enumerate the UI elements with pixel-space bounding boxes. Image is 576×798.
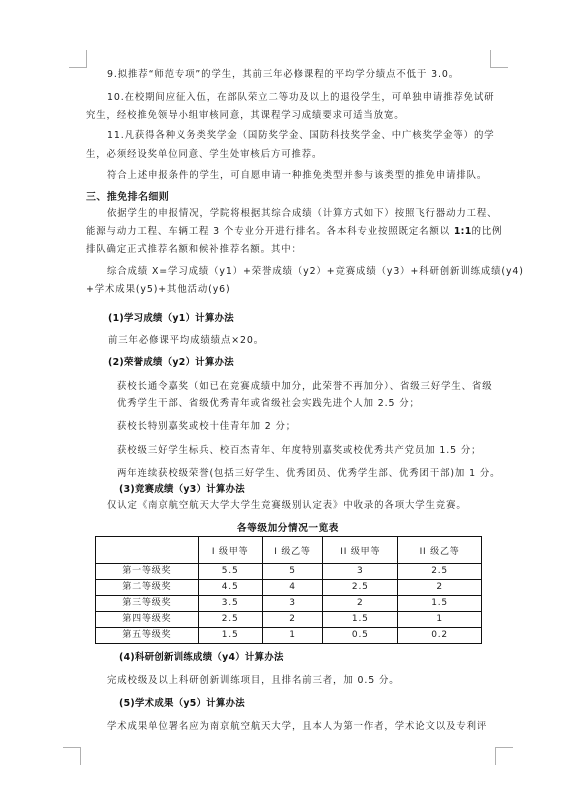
table-cell: 2 (398, 580, 482, 596)
table-cell: 0.5 (323, 628, 398, 644)
paragraph-eligible-note: 符合上述申报条件的学生，可自愿申请一种推免类型并参与该类型的推免申请排队。 (107, 170, 487, 182)
page-corner-mark-bottom-right (495, 747, 513, 765)
formula-line2: +学术成果(y5)+其他活动(y6) (86, 284, 231, 296)
table-cell: 5 (262, 564, 323, 580)
table-cell: 1.5 (398, 596, 482, 612)
y5-heading: (5)学术成果（y5）计算办法 (119, 698, 245, 710)
section-intro-line1: 依据学生的申报情况，学院将根据其综合成绩（计算方式如下）按照飞行器动力工程、 (107, 208, 497, 220)
ratio-text: 1:1 (454, 226, 472, 237)
page-corner-mark-bottom-left (63, 747, 81, 765)
table-cell: 1.5 (198, 628, 262, 644)
table-cell: 0.2 (398, 628, 482, 644)
table-row: 第四等级奖 2.5 2 1.5 1 (96, 612, 482, 628)
table-cell: 2.5 (323, 580, 398, 596)
page-corner-mark-top-left (69, 50, 87, 68)
table-row: 第五等级奖 1.5 1 0.5 0.2 (96, 628, 482, 644)
y2-heading: (2)荣誉成绩（y2）计算办法 (108, 357, 234, 369)
table-cell: 3.5 (198, 596, 262, 612)
table-row: 第二等级奖 4.5 4 2.5 2 (96, 580, 482, 596)
table-cell: 1 (398, 612, 482, 628)
table-cell: 第五等级奖 (96, 628, 199, 644)
table-cell: 4 (262, 580, 323, 596)
section-heading: 三、推免排名细则 (86, 192, 169, 204)
section-intro-line2: 能源与动力工程、车辆工程 3 个专业分开进行排名。各本科专业按照既定名额以 1:… (86, 226, 502, 238)
y5-text: 学术成果单位署名应为南京航空航天大学，且本人为第一作者，学术论文以及专利评 (107, 721, 487, 733)
section-intro-line3: 排队确定正式推荐名额和候补推荐名额。其中： (86, 244, 302, 256)
table-cell: 4.5 (198, 580, 262, 596)
table-header-cell (96, 537, 199, 564)
table-cell: 3 (323, 564, 398, 580)
y4-heading: (4)科研创新训练成绩（y4）计算办法 (119, 652, 284, 664)
y1-text: 前三年必修课平均成绩绩点×20。 (108, 335, 264, 347)
table-header-cell: II 级乙等 (398, 537, 482, 564)
table-cell: 1.5 (323, 612, 398, 628)
paragraph-item-9: 9.拟推荐“师范专项”的学生，其前三年必修课程的平均学分绩点不低于 3.0。 (107, 69, 459, 81)
table-cell: 1 (262, 628, 323, 644)
y2-rule2: 获校长特别嘉奖或校十佳青年加 2 分； (117, 421, 296, 433)
section-intro-line2-text-b: 的比例 (472, 226, 503, 237)
paragraph-item-10-line2: 究生，经校推免领导小组审核同意，其课程学习成绩要求可适当放宽。 (86, 110, 405, 122)
table-cell: 2.5 (198, 612, 262, 628)
paragraph-item-11-line2: 生，必须经设奖单位同意、学生处审核后方可推荐。 (86, 149, 322, 161)
y3-heading: (3)竞赛成绩（y3）计算办法 (119, 484, 245, 496)
paragraph-item-10-line1: 10.在校期间应征入伍，在部队荣立二等功及以上的退役学生，可单独申请推荐免试研 (107, 92, 495, 104)
table-header-cell: I 级乙等 (262, 537, 323, 564)
y2-rule3: 获校级三好学生标兵、校百杰青年、年度特别嘉奖或校优秀共产党员加 1.5 分； (117, 445, 481, 457)
table-cell: 第三等级奖 (96, 596, 199, 612)
table-header-row: I 级甲等 I 级乙等 II 级甲等 II 级乙等 (96, 537, 482, 564)
page-corner-mark-top-right (490, 50, 508, 68)
table-cell: 3 (262, 596, 323, 612)
y1-heading: (1)学习成绩（y1）计算办法 (108, 313, 234, 325)
table-cell: 第一等级奖 (96, 564, 199, 580)
section-intro-line2-text-a: 能源与动力工程、车辆工程 3 个专业分开进行排名。各本科专业按照既定名额以 (86, 226, 454, 237)
grade-bonus-table: I 级甲等 I 级乙等 II 级甲等 II 级乙等 第一等级奖 5.5 5 3 … (95, 536, 482, 644)
y2-rule4: 两年连续获校级荣誉(包括三好学生、优秀团员、优秀学生部、优秀团干部)加 1 分。 (117, 468, 500, 480)
y4-text: 完成校级及以上科研创新训练项目，且排名前三者，加 0.5 分。 (107, 675, 400, 687)
document-page: 9.拟推荐“师范专项”的学生，其前三年必修课程的平均学分绩点不低于 3.0。 1… (0, 0, 576, 798)
table-cell: 第二等级奖 (96, 580, 199, 596)
table-cell: 第四等级奖 (96, 612, 199, 628)
table-row: 第三等级奖 3.5 3 2 1.5 (96, 596, 482, 612)
paragraph-item-11-line1: 11.凡获得各种义务类奖学金（国防奖学金、国防科技奖学金、中广核奖学金等）的学 (107, 130, 495, 142)
table-header-cell: I 级甲等 (198, 537, 262, 564)
table-header-cell: II 级甲等 (323, 537, 398, 564)
table-row: 第一等级奖 5.5 5 3 2.5 (96, 564, 482, 580)
y2-rule1-line2: 优秀学生干部、省级优秀青年或省级社会实践先进个人加 2.5 分； (117, 398, 420, 410)
table-cell: 2 (262, 612, 323, 628)
table-cell: 5.5 (198, 564, 262, 580)
table-cell: 2 (323, 596, 398, 612)
y2-rule1-line1: 获校长通令嘉奖（如已在竞赛成绩中加分，此荣誉不再加分）、省级三好学生、省级 (117, 381, 492, 393)
table-cell: 2.5 (398, 564, 482, 580)
formula-line1: 综合成绩 X=学习成绩（y1）+荣誉成绩（y2）+竞赛成绩（y3）+科研创新训练… (107, 266, 524, 278)
table-title: 各等级加分情况一览表 (0, 520, 576, 534)
y3-text: 仅认定《南京航空航天大学大学生竞赛级别认定表》中收录的各项大学生竞赛。 (107, 500, 467, 512)
